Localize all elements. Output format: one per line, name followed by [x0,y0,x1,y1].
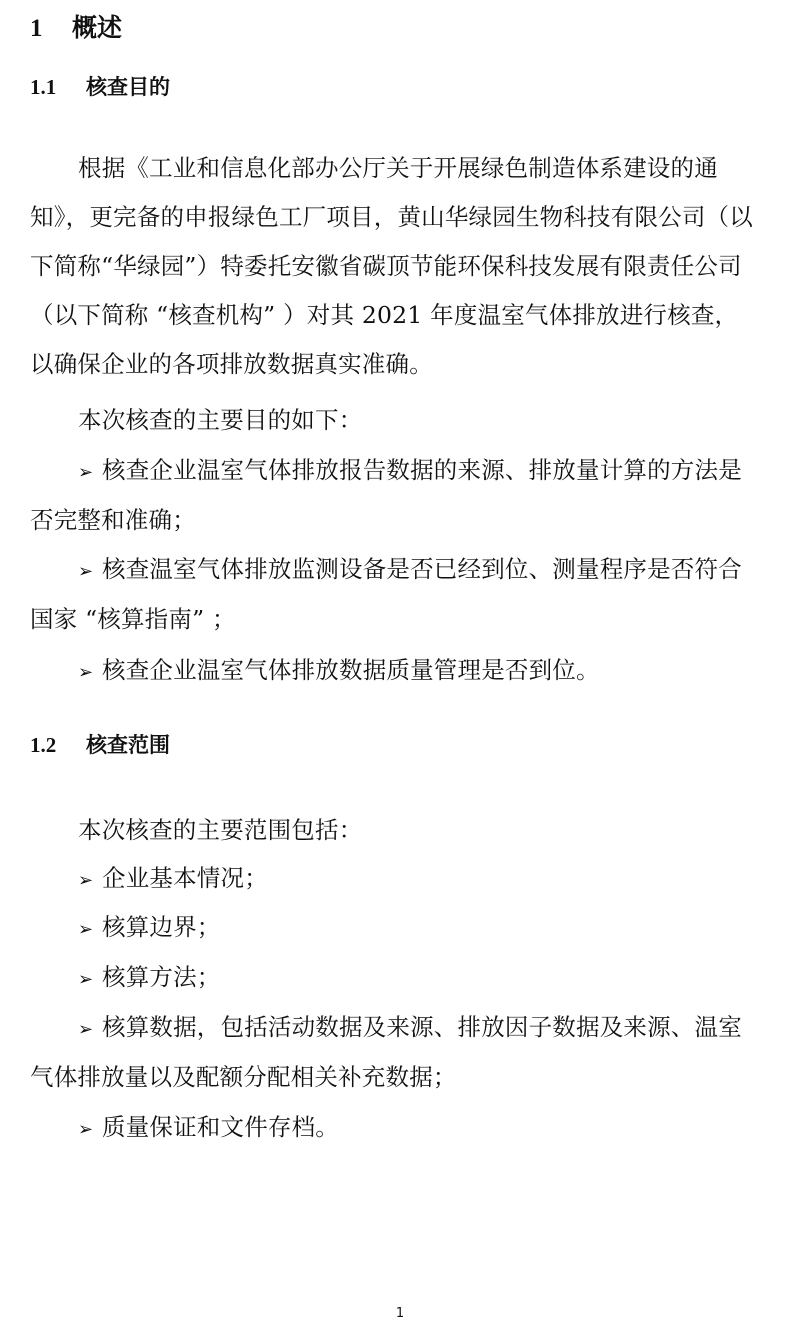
heading-1-2-title: 核查范围 [86,732,170,757]
list-item-continuation: 否完整和准确； [30,502,800,538]
list-item: ➢核算方法； [78,959,800,998]
list-item: ➢核算边界； [78,909,800,948]
paragraph-line: 根据《工业和信息化部办公厅关于开展绿色制造体系建设的通 [78,150,800,186]
heading-1-title: 概述 [72,13,122,42]
paragraph-line: （以下简称 “核查机构” ）对其 2021 年度温室气体排放进行核查， [30,297,800,333]
heading-1-1: 1.1核查目的 [30,70,170,104]
heading-1: 1概述 [30,8,122,49]
list-item-continuation: 气体排放量以及配额分配相关补充数据； [30,1059,800,1095]
scope-intro: 本次核查的主要范围包括： [78,812,800,848]
heading-1-2-number: 1.2 [30,728,86,762]
arrow-bullet-icon: ➢ [78,912,102,948]
list-item: ➢核查企业温室气体排放数据质量管理是否到位。 [78,652,800,691]
purpose-intro: 本次核查的主要目的如下： [78,402,800,438]
list-item-continuation: 国家 “核算指南” ； [30,601,800,637]
paragraph-line: 下简称“华绿园”）特委托安徽省碳顶节能环保科技发展有限责任公司 [30,248,800,284]
arrow-bullet-icon: ➢ [78,1112,102,1148]
heading-1-1-number: 1.1 [30,70,86,104]
arrow-bullet-icon: ➢ [78,554,102,590]
paragraph-line: 知》，更完备的申报绿色工厂项目，黄山华绿园生物科技有限公司（以 [30,199,800,235]
paragraph-line: 以确保企业的各项排放数据真实准确。 [30,346,800,382]
arrow-bullet-icon: ➢ [78,655,102,691]
heading-1-number: 1 [30,9,72,49]
list-item: ➢质量保证和文件存档。 [78,1109,800,1148]
arrow-bullet-icon: ➢ [78,962,102,998]
heading-1-2: 1.2核查范围 [30,728,170,762]
arrow-bullet-icon: ➢ [78,863,102,899]
arrow-bullet-icon: ➢ [78,455,102,491]
list-item: ➢企业基本情况； [78,860,800,899]
list-item: ➢核查温室气体排放监测设备是否已经到位、测量程序是否符合 [78,551,800,590]
page-number: 1 [0,1306,800,1321]
list-item: ➢核查企业温室气体排放报告数据的来源、排放量计算的方法是 [78,452,800,491]
list-item: ➢核算数据，包括活动数据及来源、排放因子数据及来源、温室 [78,1009,800,1048]
arrow-bullet-icon: ➢ [78,1012,102,1048]
heading-1-1-title: 核查目的 [86,74,170,99]
